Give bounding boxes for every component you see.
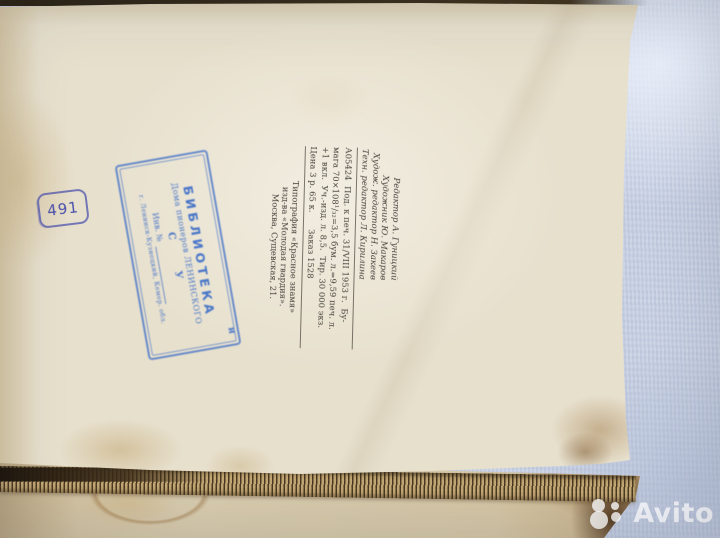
inventory-number-stamp: 491 <box>36 188 90 229</box>
avito-logo-icon <box>590 499 628 529</box>
credits-block: Редактор А. Гуницкий Художник Ю. Макаров… <box>356 148 402 281</box>
photo-of-old-book-imprint-page: Редактор А. Гуницкий Художник Ю. Макаров… <box>0 0 720 538</box>
library-stamp: и БИБЛИОТЕКА Дома пионеров ЛЕНИНСКОГО С … <box>115 149 242 360</box>
book-page: Редактор А. Гуницкий Художник Ю. Макаров… <box>0 0 720 538</box>
avito-dot-icon <box>611 502 619 510</box>
avito-dot-icon <box>611 512 621 522</box>
printer-block: Типография «Красное знамя» изд-ва «Молод… <box>266 145 302 348</box>
imprint-text-block: Редактор А. Гуницкий Художник Ю. Макаров… <box>266 145 402 350</box>
avito-watermark: Avito <box>590 499 714 529</box>
imprint-tech-block: А05424 Под. к печ. 31/VIII 1953 г. Бу- м… <box>303 146 354 349</box>
inventory-number: 491 <box>46 198 80 220</box>
stamp-inner-border: БИБЛИОТЕКА Дома пионеров ЛЕНИНСКОГО С У … <box>119 154 237 356</box>
avito-dot-icon <box>590 511 608 529</box>
avito-label: Avito <box>633 499 714 529</box>
